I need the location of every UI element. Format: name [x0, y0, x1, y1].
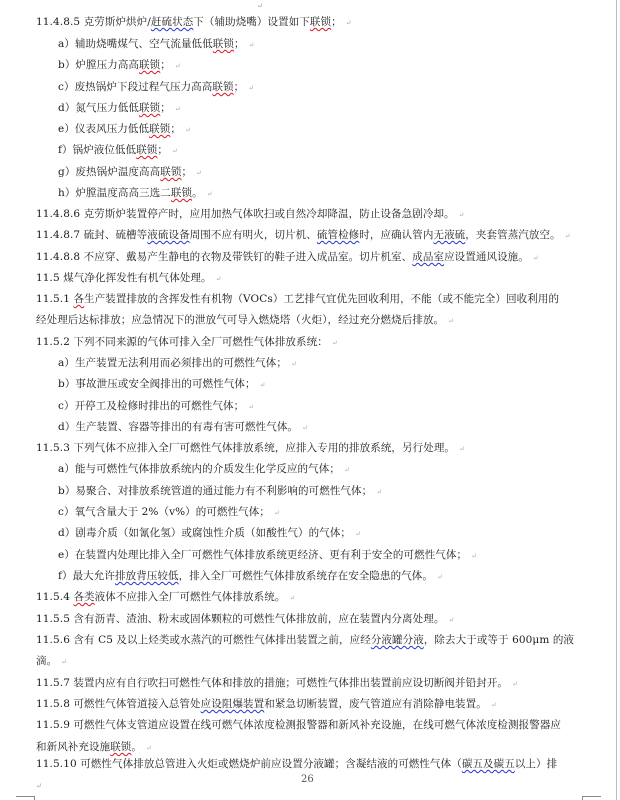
clause-11-4-8-7: 11.4.8.7 硫封、硫槽等液硫设备周围不应有明火，切片机、硫管检修时，应确认… [36, 228, 571, 243]
list-item: b）炉膛压力高高联锁；↵ [58, 58, 181, 73]
list-item: d）生产装置、容器等排出的有毒有害可燃性气体。↵ [58, 420, 308, 435]
clause-11-5-8: 11.5.8 可燃性气体管道接入总管处应设阻爆装置和紧急切断装置，废气管道应有消… [36, 697, 497, 712]
list-item: d）氮气压力低低联锁；↵ [58, 101, 181, 116]
page-number: 26 [301, 774, 314, 785]
list-item: c）开停工及检修时排出的可燃性气体；↵ [58, 399, 254, 414]
list-item: f）锅炉液位低低联锁；↵ [58, 143, 178, 158]
clause-11-5-1: 11.5.1 各生产装置排放的含挥发性有机物（VOCs）工艺排气宜优先回收利用，… [36, 292, 559, 306]
page-edge [616, 0, 617, 800]
clause-11-4-8-8: 11.4.8.8 不应穿、戴易产生静电的衣物及带铁钉的鞋子进入成品室。切片机室、… [36, 250, 539, 265]
clause-11-5-5: 11.5.5 含有沥青、渣油、粉末或固体颗粒的可燃性气体排放前，应在装置内分离处… [36, 612, 454, 627]
clause-11-4-8-5: 11.4.8.5 克劳斯炉烘炉/赶硫状态下（辅助烧嘴）设置如下联锁；↵ [36, 15, 352, 30]
list-item: d）剧毒介质（如氰化氢）或腐蚀性介质（如酸性气）的气体；↵ [58, 526, 361, 541]
clause-11-5-9-continued: 和新风补充设施联锁。↵ [36, 740, 152, 755]
list-item: a）辅助烧嘴煤气、空气流量低低联锁；↵ [58, 37, 255, 52]
clause-11-5-4: 11.5.4 各类液体不应排入全厂可燃性气体排放系统。↵ [36, 590, 295, 605]
list-item: f）最大允许排放背压较低，排入全厂可燃性气体排放系统存在安全隐患的气体。↵ [58, 569, 443, 584]
list-item: c）废热锅炉下段过程气压力高高联锁；↵ [58, 80, 254, 95]
list-item: c）氧气含量大于 2%（v%）的可燃性气体；↵ [58, 505, 280, 520]
footer-paragraph-mark: ↵ [36, 782, 42, 790]
clause-11-4-8-6: 11.4.8.6 克劳斯炉装置停产时，应用加热气体吹扫或自然冷却降温，防止设备急… [36, 207, 465, 222]
clause-11-5-6: 11.5.6 含有 C5 及以上烃类或水蒸汽的可燃性气体排出装置之前，应经分液罐… [36, 633, 574, 647]
list-item: a）生产装置无法利用而必须排出的可燃性气体；↵ [58, 356, 297, 371]
crop-mark-bottom-left [16, 796, 35, 800]
section-heading-11-5: 11.5 煤气净化挥发性有机气体处理。↵ [36, 271, 222, 286]
list-item: h）炉膛温度高高三选二联锁。↵ [58, 186, 213, 201]
list-item: e）在装置内处理比排入全厂可燃性气体排放系统更经济、更有利于安全的可燃性气体；↵ [58, 548, 477, 563]
clause-11-5-10: 11.5.10 可燃性气体排放总管进入火炬或燃烧炉前应设置分液罐；含凝结液的可燃… [36, 757, 557, 771]
clause-11-5-7: 11.5.7 装置内应有自行吹扫可燃性气体和排放的措施；可燃性气体排出装置前应设… [36, 676, 518, 691]
list-item: b）易聚合、对排放系统管道的通过能力有不利影响的可燃性气体；↵ [58, 484, 382, 499]
list-item: e）仪表风压力低低联锁；↵ [58, 122, 191, 137]
clause-11-5-1-continued: 经处理后达标排放；应急情况下的泄放气可导入燃烧塔（火炬），经过充分燃烧后排放。↵ [36, 313, 454, 328]
clause-11-5-2: 11.5.2 下列不同来源的气体可排入全厂可燃性气体排放系统：↵ [36, 335, 338, 350]
list-item: g）废热锅炉温度高高联锁；↵ [58, 165, 202, 180]
clause-11-5-9: 11.5.9 可燃性气体支管道应设置在线可燃气体浓度检测报警器和新风补充设施，在… [36, 718, 561, 732]
clause-11-5-3: 11.5.3 下列气体不应排入全厂可燃性气体排放系统，应排入专用的排放系统，另行… [36, 441, 465, 456]
header-paragraph-mark: ↵ [257, 2, 263, 10]
list-item: b）事故泄压或安全阀排出的可燃性气体；↵ [58, 377, 266, 392]
crop-mark-bottom-right [582, 796, 601, 800]
list-item: a）能与可燃性气体排放系统内的介质发生化学反应的气体；↵ [58, 462, 350, 477]
clause-11-5-6-continued: 滴。↵ [36, 654, 67, 669]
